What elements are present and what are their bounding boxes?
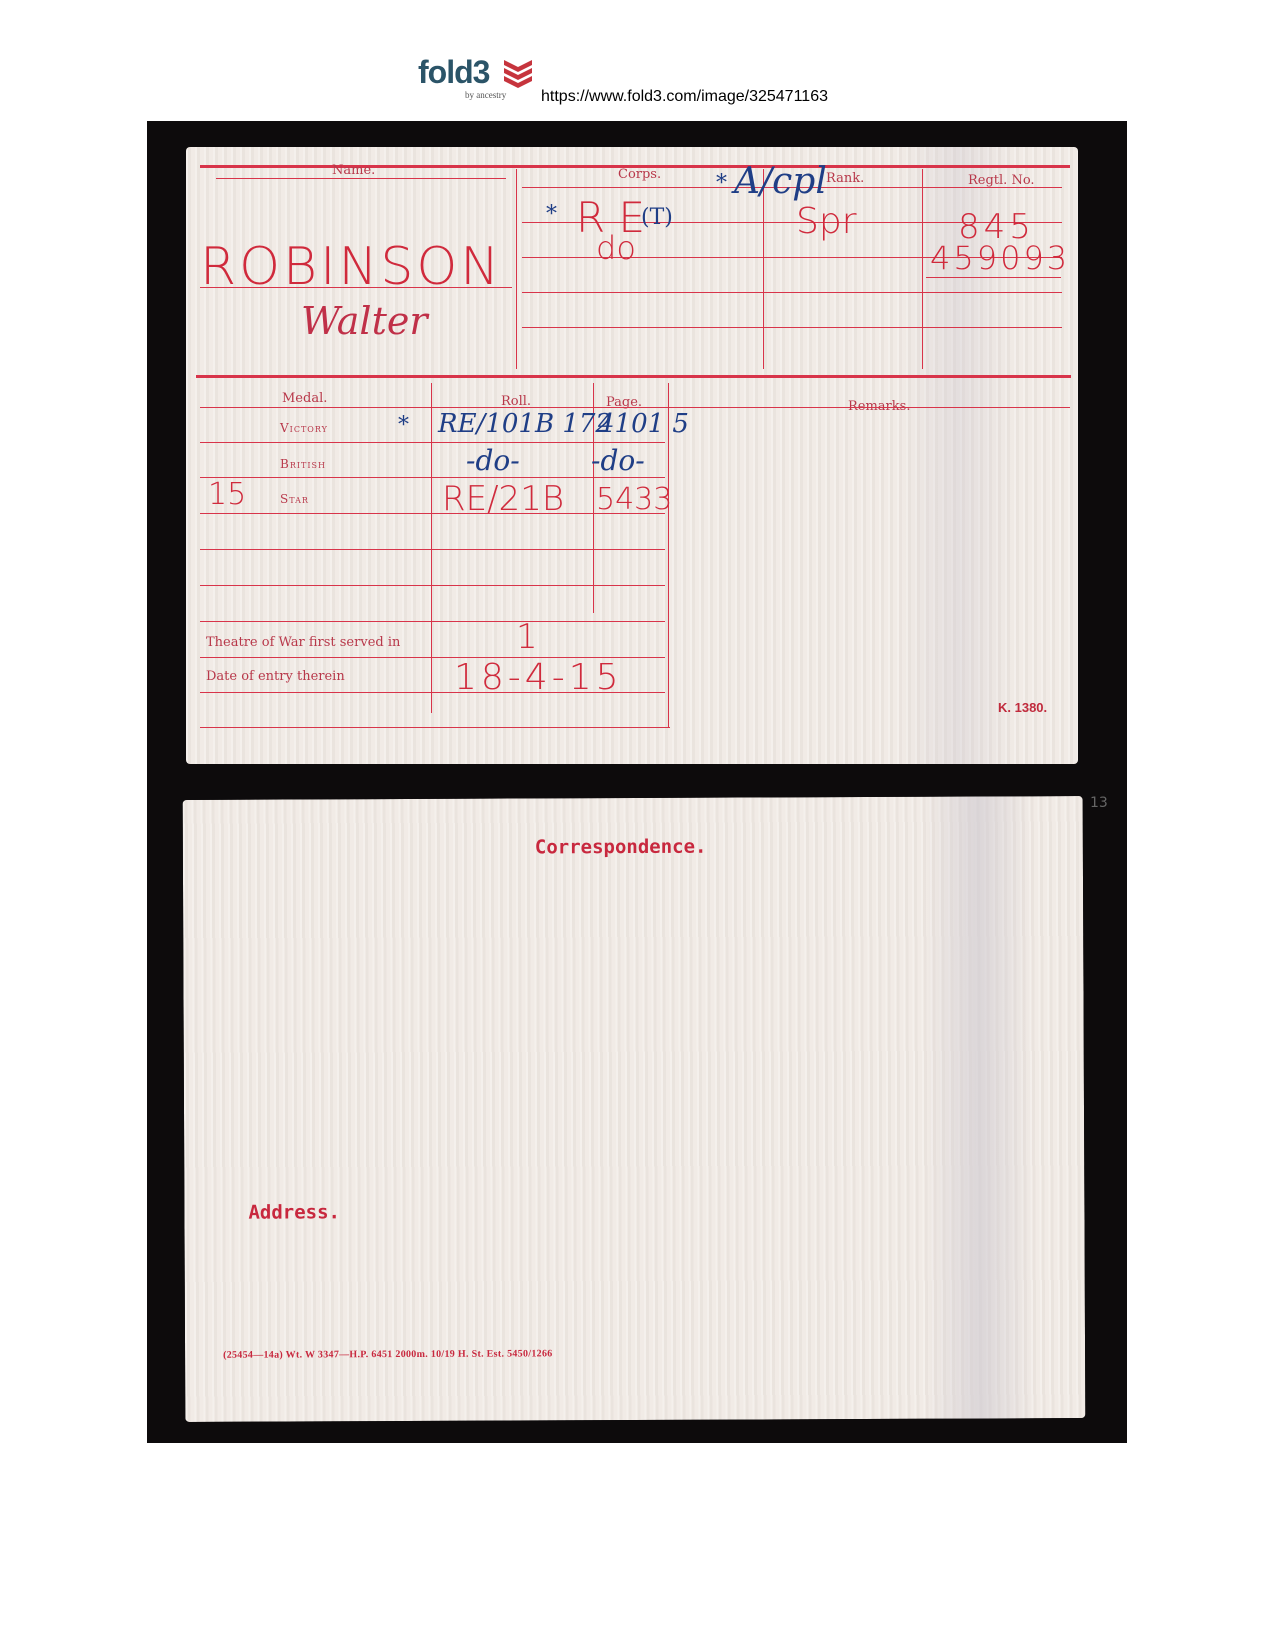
- label-theatre: Theatre of War first served in: [206, 635, 400, 650]
- correspondence-heading: Correspondence.: [535, 836, 707, 859]
- label-regt-no: Regtl. No.: [968, 173, 1035, 188]
- corner-mark: 13: [1090, 795, 1108, 811]
- medal-page: -do-: [591, 444, 645, 477]
- forename: Walter: [301, 299, 428, 343]
- surname: ROBINSON: [200, 237, 502, 297]
- form-number: K. 1380.: [998, 700, 1047, 715]
- rank-value: Spr: [796, 201, 857, 242]
- corps-ditto: do: [596, 229, 636, 267]
- medal-roll: RE/101B 172: [438, 409, 612, 439]
- label-rank: Rank.: [826, 171, 864, 186]
- medal-name: Victory: [280, 421, 328, 435]
- medal-prefix: 15: [208, 477, 246, 512]
- ancestry-byline: by ancestry: [465, 90, 506, 100]
- medal-page: 5433: [596, 482, 672, 517]
- label-medal: Medal.: [282, 391, 327, 406]
- address-label: Address.: [248, 1201, 340, 1223]
- medal-asterisk: *: [398, 413, 409, 438]
- rank-asterisk: *: [716, 171, 727, 196]
- fold3-logo: fold3: [418, 54, 489, 91]
- printer-footer: (25454—14a) Wt. W 3347—H.P. 6451 2000m. …: [223, 1348, 553, 1360]
- theatre-value: 1: [516, 617, 538, 657]
- medal-name: British: [280, 457, 326, 471]
- label-corps: Corps.: [618, 167, 661, 182]
- corps-suffix: (T): [641, 205, 673, 230]
- rank-correction: A/cpl: [734, 161, 827, 202]
- medal-page: 4101 5: [598, 409, 689, 439]
- regt-no-2: 459093: [930, 239, 1070, 277]
- label-name: Name.: [332, 163, 375, 178]
- medal-card-back: Correspondence. Address. (25454—14a) Wt.…: [183, 796, 1086, 1422]
- label-date-entry: Date of entry therein: [206, 669, 345, 684]
- medal-name: Star: [280, 492, 309, 506]
- date-entry-value: 18-4-15: [454, 657, 623, 698]
- fold3-chevron-icon: [504, 58, 532, 88]
- medal-card-front: Name. Corps. Rank. Regtl. No. ROBINSON W…: [186, 147, 1078, 764]
- source-url: https://www.fold3.com/image/325471163: [541, 88, 828, 106]
- medal-roll: RE/21B: [442, 479, 564, 519]
- corps-asterisk: *: [546, 202, 557, 227]
- medal-roll: -do-: [466, 444, 520, 477]
